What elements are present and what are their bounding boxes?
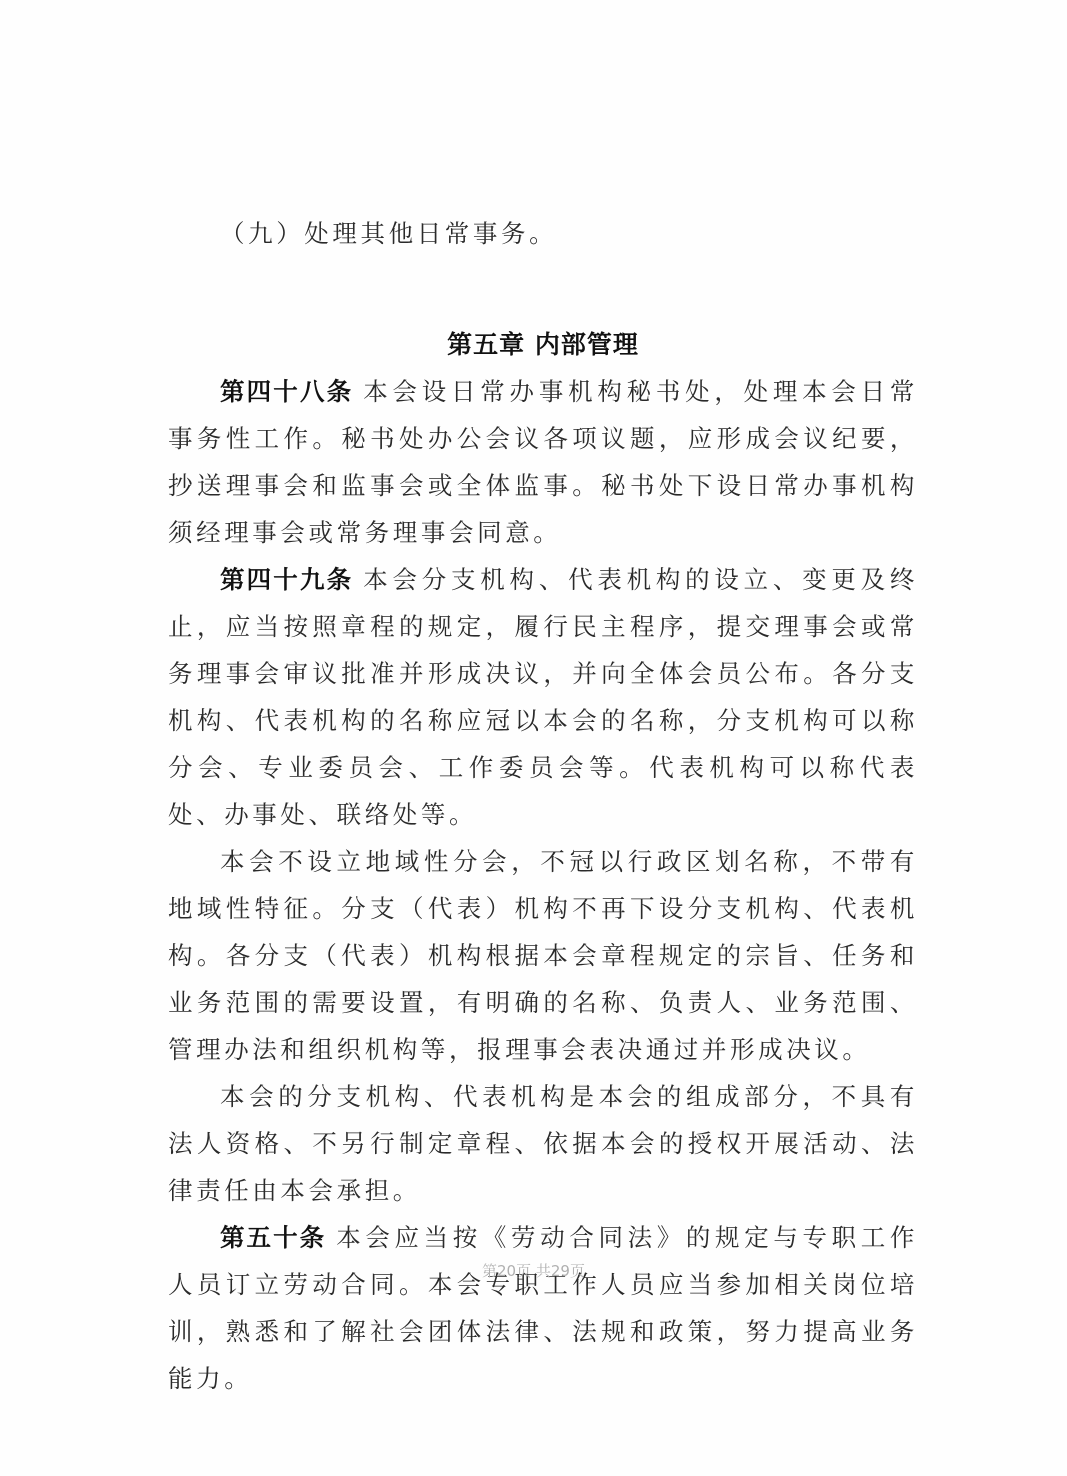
article-label: 第五十条 (220, 1223, 326, 1252)
document-body: （九）处理其他日常事务。 第五章 内部管理 第四十八条本会设日常办事机构秘书处，… (168, 210, 918, 1402)
document-page: （九）处理其他日常事务。 第五章 内部管理 第四十八条本会设日常办事机构秘书处，… (0, 0, 1067, 1476)
paragraph: 本会的分支机构、代表机构是本会的组成部分，不具有法人资格、不另行制定章程、依据本… (168, 1073, 918, 1214)
page-indicator: 第20页 共29页 (0, 1260, 1067, 1281)
article-49: 第四十九条本会分支机构、代表机构的设立、变更及终止，应当按照章程的规定，履行民主… (168, 556, 918, 838)
paragraph: 本会不设立地域性分会，不冠以行政区划名称，不带有地域性特征。分支（代表）机构不再… (168, 838, 918, 1073)
article-text: 本会分支机构、代表机构的设立、变更及终止，应当按照章程的规定，履行民主程序，提交… (168, 565, 918, 829)
article-label: 第四十八条 (220, 377, 353, 406)
article-label: 第四十九条 (220, 565, 353, 594)
chapter-title: 第五章 内部管理 (168, 321, 918, 368)
list-item-9: （九）处理其他日常事务。 (168, 210, 918, 257)
article-48: 第四十八条本会设日常办事机构秘书处，处理本会日常事务性工作。秘书处办公会议各项议… (168, 368, 918, 556)
article-50: 第五十条本会应当按《劳动合同法》的规定与专职工作人员订立劳动合同。本会专职工作人… (168, 1214, 918, 1402)
